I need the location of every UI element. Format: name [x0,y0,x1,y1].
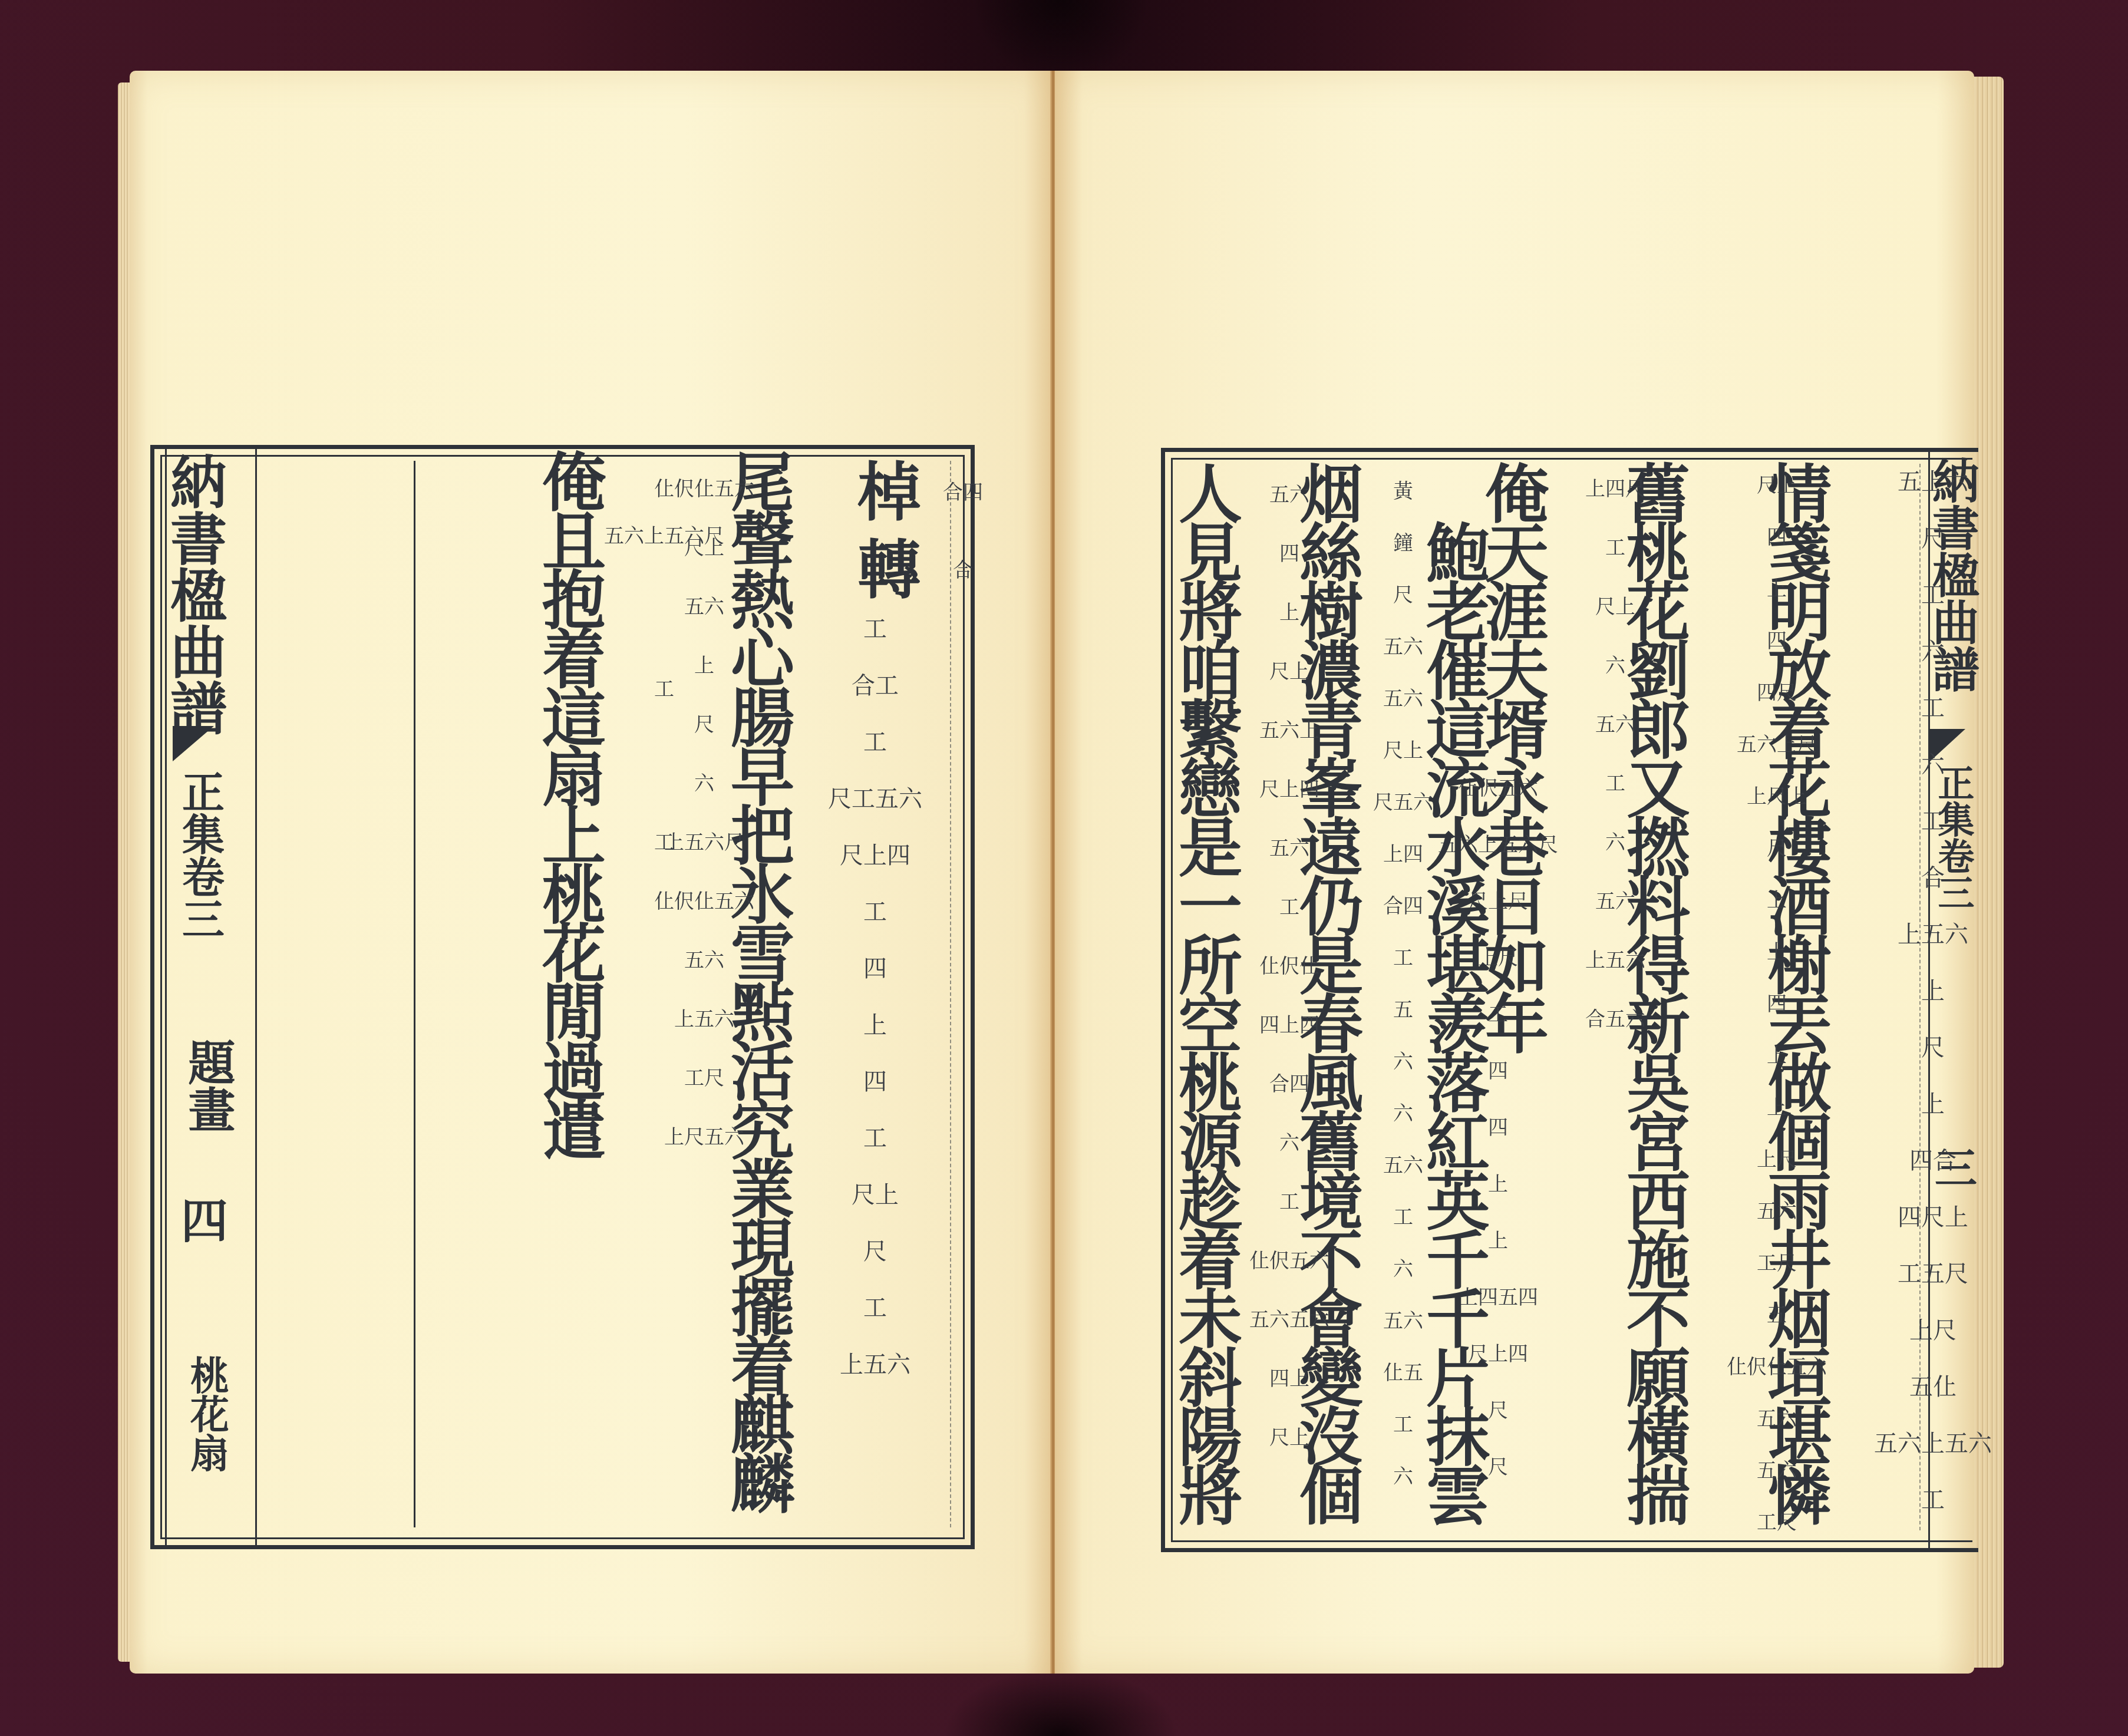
notation-column: 合四 合 [943,454,983,609]
left-heart-title: 納 書 楹 曲 譜 [170,455,227,738]
left-heart-section: 題畫 [184,1038,232,1133]
spine-shadow [943,1668,1179,1736]
notation-column: 工 合工 工 尺工五六 尺上四 工 四 上 四 工 尺上 尺 工 上五六 [828,601,922,1393]
lyric-column: 棹 轉 [857,454,921,609]
fishtail-mark [173,726,214,761]
notation-column: 尺上 四 上 四 四尺 五六上尺 上尺上 尺 上 上 四 上 上 上尺 五六 工… [1727,460,1827,1549]
left-book-heart: 納 書 楹 曲 譜 正集卷三 題畫 四 桃 花 扇 [165,449,257,1545]
lyric-column: 俺 且 抱 着 這 扇 上 桃 花 閒 過 遣 [542,454,606,1161]
notation-column: 五六 四 上 尺上 五六上 尺上四 五六 工 仩伬仩 四上四 合四 六 工 仩伬… [1249,466,1329,1467]
notation-column: 五上六 尺 工 六 工 六 工 合 上五六 上 尺 上 四合 四尺上 工五尺 上… [1874,454,1992,1529]
spine-shadow [972,0,1149,82]
column-rule [414,461,415,1527]
left-heart-page-number: 四 [181,1197,228,1245]
notation-column: 上四尺 工 尺上 六 五六 工 六 五六 上五六 合五六 [1585,460,1645,1049]
left-heart-play-title: 桃 花 扇 [190,1357,229,1473]
lyric-column: 人 見 將 咱 繫 戀 是 一 所 空 桃 源 趁 着 未 斜 陽 將 [1179,466,1242,1526]
column-rule [950,461,951,1527]
notation-column: 五六上五六尺 工 工 [604,460,724,919]
notation-column: 黃 鐘 尺 五六 五六 尺上 尺五六 上四 合四 工 五 六 六 五六 工 六 … [1373,466,1433,1503]
lyric-column: 鮑 老 催 這 流 水 溪 堪 羨 落 紅 英 千 千 片 抹 雲 [1426,524,1490,1526]
left-heart-volume: 正集卷三 [179,770,221,940]
